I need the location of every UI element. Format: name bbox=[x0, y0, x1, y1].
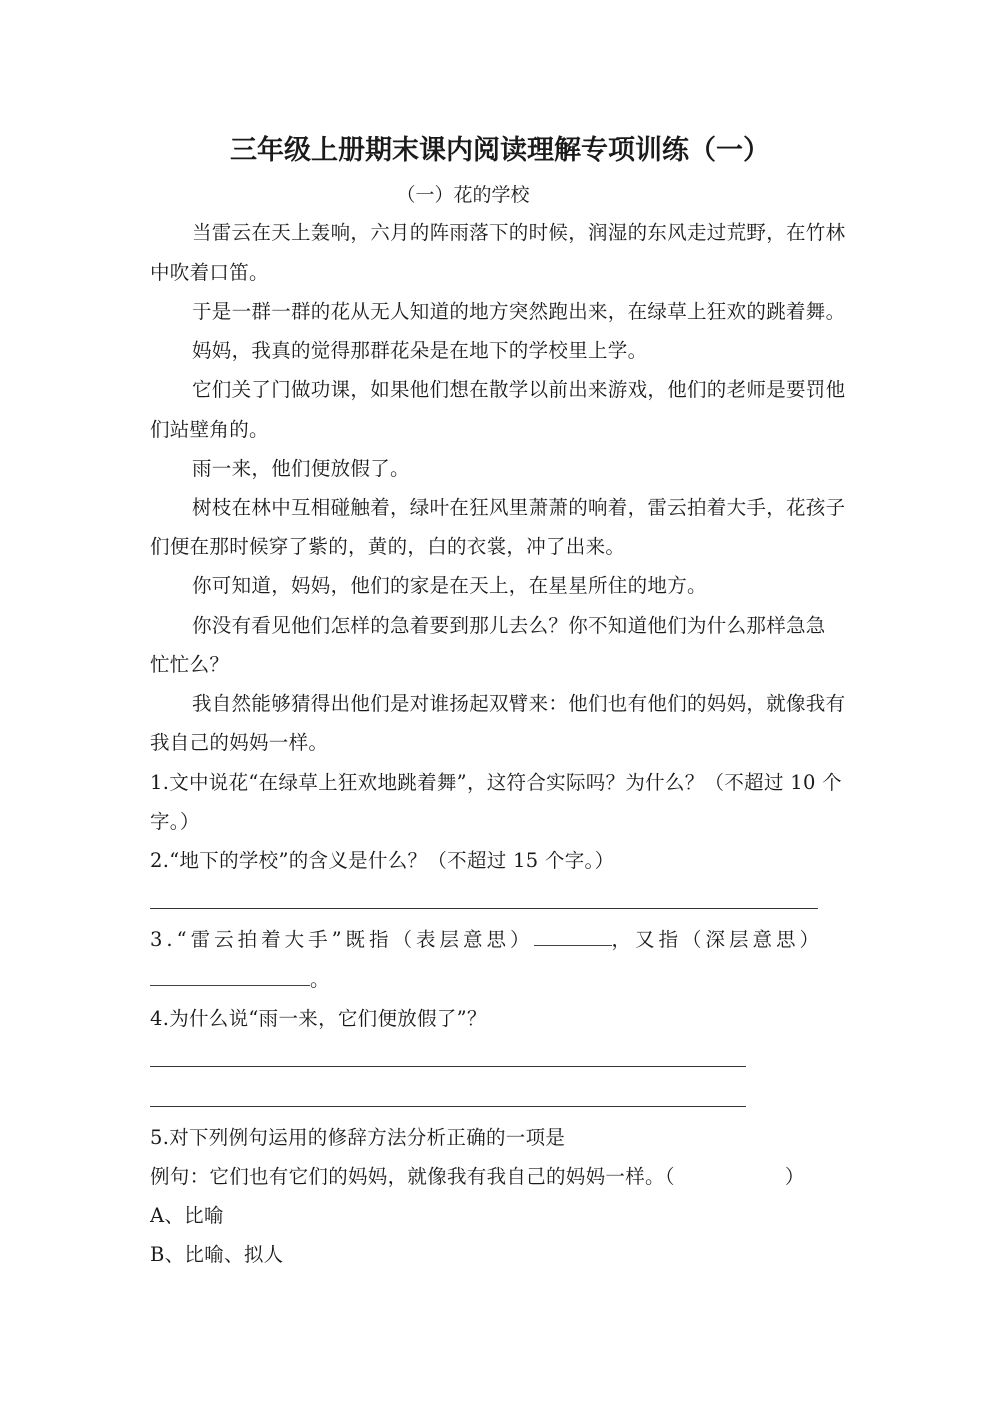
answer-line-q4-2[interactable] bbox=[150, 1106, 746, 1107]
question-3-cont: 。 bbox=[150, 960, 860, 1000]
question-3-end: 。 bbox=[310, 968, 330, 991]
passage-paragraph-3: 妈妈，我真的觉得那群花朵是在地下的学校里上学。 bbox=[150, 331, 902, 371]
question-2: 2.“地下的学校”的含义是什么？（不超过 15 个字。） bbox=[150, 841, 860, 881]
passage-paragraph-9-cont: 我自己的妈妈一样。 bbox=[150, 723, 860, 763]
question-5-option-a: A、比喻 bbox=[150, 1196, 860, 1236]
passage-paragraph-7: 你可知道，妈妈，他们的家是在天上，在星星所住的地方。 bbox=[150, 566, 902, 606]
passage-paragraph-4: 它们关了门做功课，如果他们想在散学以前出来游戏，他们的老师是要罚他 bbox=[150, 370, 902, 410]
passage-paragraph-5: 雨一来，他们便放假了。 bbox=[150, 449, 902, 489]
question-5-example: 例句：它们也有它们的妈妈，就像我有我自己的妈妈一样。（） bbox=[150, 1157, 860, 1197]
passage-paragraph-6: 树枝在林中互相碰触着，绿叶在狂风里萧萧的响着，雷云拍着大手，花孩子 bbox=[150, 488, 902, 528]
question-4: 4.为什么说“雨一来，它们便放假了”？ bbox=[150, 999, 860, 1039]
question-1-cont: 字。） bbox=[150, 802, 860, 842]
answer-line-q4-1[interactable] bbox=[150, 1066, 746, 1067]
answer-blank-q3-surface[interactable] bbox=[534, 944, 612, 946]
passage-paragraph-2: 于是一群一群的花从无人知道的地方突然跑出来，在绿草上狂欢的跳着舞。 bbox=[150, 292, 902, 332]
section-title-text: （一）花的学校 bbox=[396, 184, 529, 206]
question-1: 1.文中说花“在绿草上狂欢地跳着舞”，这符合实际吗？为什么？（不超过 10 个 bbox=[150, 763, 860, 803]
answer-line-q2[interactable] bbox=[150, 908, 818, 909]
question-5-example-text: 例句：它们也有它们的妈妈，就像我有我自己的妈妈一样。（ bbox=[150, 1165, 675, 1188]
question-5-example-close: ） bbox=[785, 1165, 805, 1188]
passage-paragraph-8-cont: 忙忙么？ bbox=[150, 645, 860, 685]
question-3-part2: ，又指（深层意思） bbox=[612, 928, 824, 951]
question-3-part1: 3.“雷云拍着大手”既指（表层意思） bbox=[150, 928, 534, 951]
passage-paragraph-1-cont: 中吹着口笛。 bbox=[150, 253, 860, 293]
passage-paragraph-4-cont: 们站壁角的。 bbox=[150, 410, 860, 450]
passage-paragraph-6-cont: 们便在那时候穿了紫的，黄的，白的衣裳，冲了出来。 bbox=[150, 527, 860, 567]
question-3: 3.“雷云拍着大手”既指（表层意思），又指（深层意思） bbox=[150, 920, 860, 960]
passage-paragraph-8: 你没有看见他们怎样的急着要到那儿去么？你不知道他们为什么那样急急 bbox=[150, 606, 902, 646]
page-title: 三年级上册期末课内阅读理解专项训练（一） bbox=[0, 128, 1000, 167]
question-5-option-b: B、比喻、拟人 bbox=[150, 1235, 860, 1275]
passage-paragraph-9: 我自然能够猜得出他们是对谁扬起双臂来：他们也有他们的妈妈，就像我有 bbox=[150, 684, 902, 724]
question-5: 5.对下列例句运用的修辞方法分析正确的一项是 bbox=[150, 1118, 860, 1158]
section-title: （一）花的学校 bbox=[0, 180, 1000, 207]
answer-blank-q3-deep[interactable] bbox=[150, 984, 310, 986]
passage-paragraph-1: 当雷云在天上轰响，六月的阵雨落下的时候，润湿的东风走过荒野，在竹林 bbox=[150, 213, 902, 253]
